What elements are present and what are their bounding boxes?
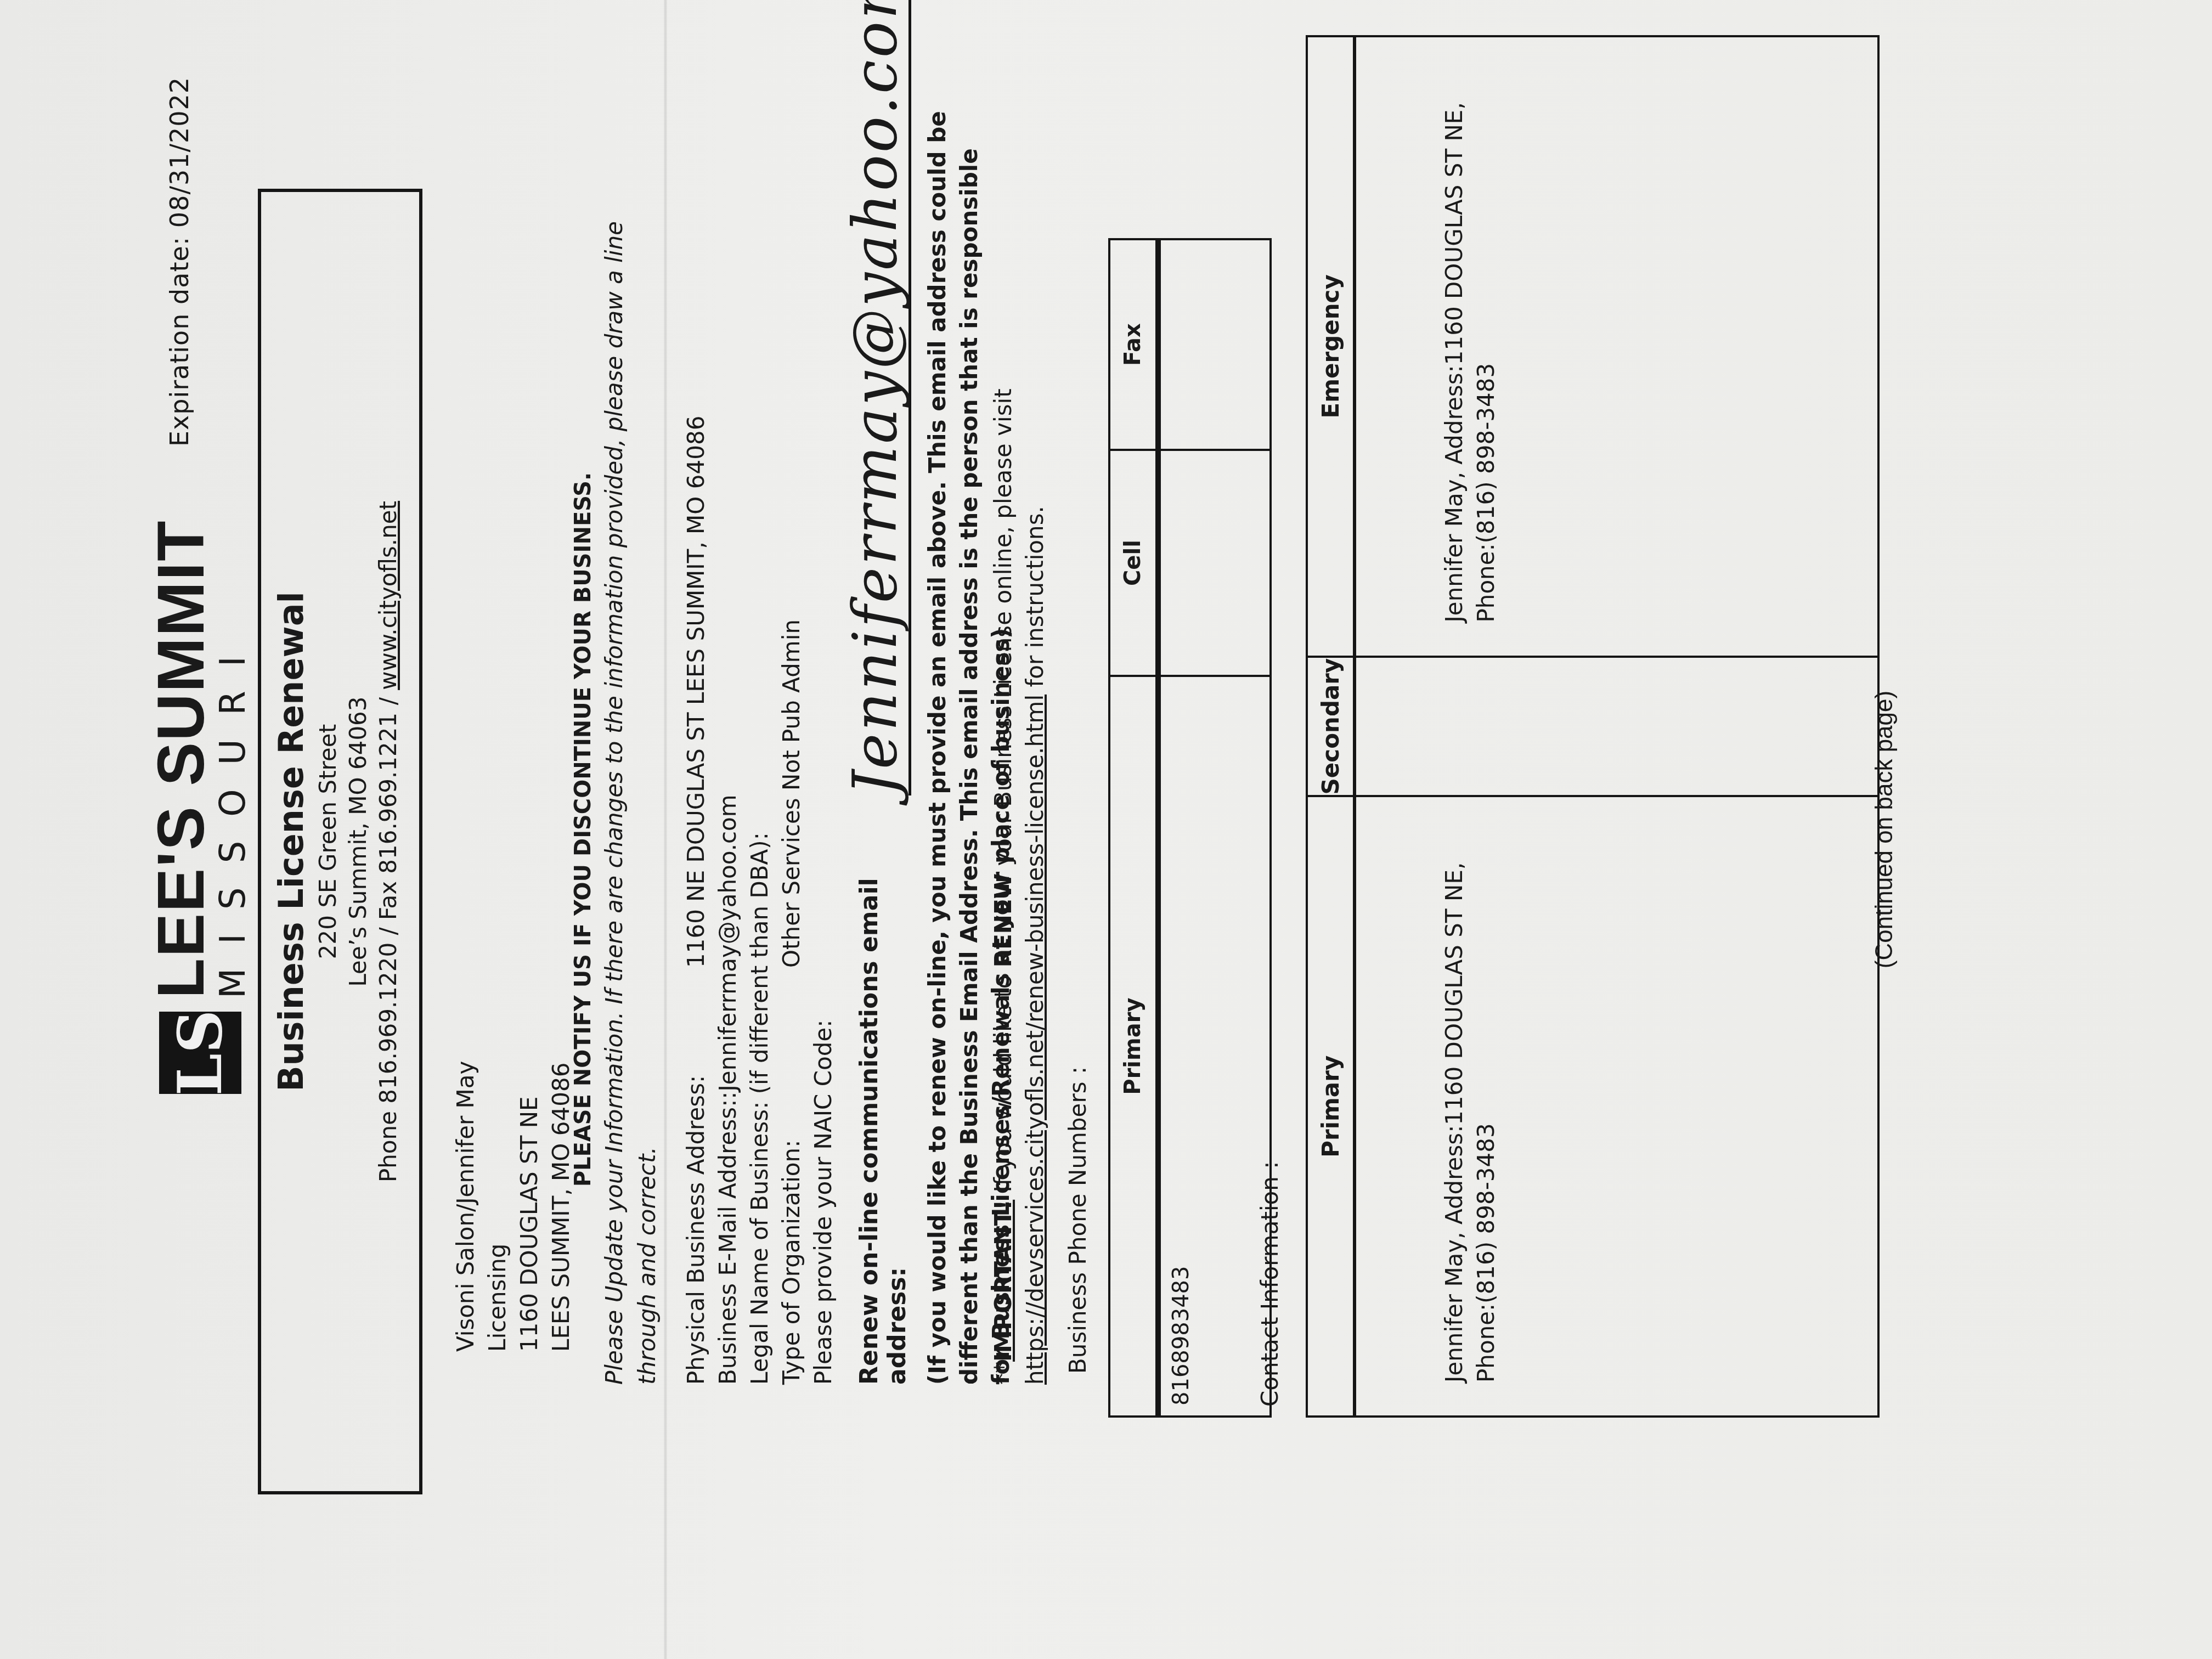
important-text: for instructions. [1022, 506, 1048, 695]
physical-address-value[interactable]: 1160 NE DOUGLAS ST LEES SUMMIT, MO 64086 [680, 416, 712, 968]
important-prefix: ** [990, 1362, 1017, 1385]
info-row-org-type: Type of Organization: Other Services Not… [776, 416, 808, 1385]
document-title: Business License Renewal [271, 192, 311, 1491]
primary-phone-cell[interactable]: 8168983483 [1158, 676, 1271, 1417]
office-street: 220 SE Green Street [314, 192, 341, 1491]
logo-city-name: LEE'S SUMMIT [148, 520, 214, 998]
renew-instructions-link[interactable]: https://devservices.cityofls.net/renew-b… [1022, 695, 1048, 1385]
fax-cell[interactable] [1158, 239, 1271, 450]
office-website-link[interactable]: www.cityofls.net [375, 501, 402, 690]
important-text: your Business License online, please vis… [990, 388, 1017, 873]
renew-word: RENEW [990, 873, 1017, 967]
column-header-emergency: Emergency [1307, 36, 1355, 657]
renew-email-row: Renew on-line communications email addre… [845, 0, 911, 1385]
column-header-secondary: Secondary [1307, 657, 1355, 797]
office-city: Lee’s Summit, MO 64063 [345, 192, 371, 1491]
phone-numbers-table: Primary Cell Fax 8168983483 [1108, 238, 1272, 1418]
primary-contact-cell[interactable]: Jennifer May, Address:1160 DOUGLAS ST NE… [1355, 796, 1878, 1417]
column-header-primary: Primary [1307, 796, 1355, 1417]
logo-state-name: MISSOURI [214, 520, 252, 998]
important-label: IMPORTANT! [990, 1200, 1017, 1362]
contact-info-label: Contact Information : [1256, 1161, 1283, 1407]
secondary-contact-cell[interactable] [1355, 657, 1878, 797]
physical-address-label: Physical Business Address: [680, 968, 712, 1385]
logo-mark-icon: LS [159, 1012, 241, 1094]
renew-email-label: Renew on-line communications email addre… [855, 812, 911, 1385]
update-instructions: Please Update your Information. If there… [598, 132, 664, 1385]
notify-notice: PLEASE NOTIFY US IF YOU DISCONTINUE YOUR… [571, 0, 596, 1659]
cell-phone-cell[interactable] [1158, 450, 1271, 676]
header-box: Business License Renewal 220 SE Green St… [258, 189, 422, 1494]
info-row-email: Business E-Mail Address:: Jenniferrmay@y… [712, 416, 744, 1385]
contact-info-table: Primary Secondary Emergency Jennifer May… [1306, 35, 1880, 1418]
office-phone-fax: Phone 816.969.1220 / Fax 816.969.1221 / [375, 690, 402, 1182]
paper-fold [664, 0, 667, 1659]
email-label: Business E-Mail Address:: [712, 1092, 744, 1385]
info-row-physical-address: Physical Business Address: 1160 NE DOUGL… [680, 416, 712, 1385]
mailing-line: Licensing [482, 1061, 513, 1352]
mailing-address: Visoni Salon/Jennifer May Licensing 1160… [450, 1061, 577, 1352]
column-header-fax: Fax [1109, 239, 1158, 450]
mailing-line: 1160 DOUGLAS ST NE [513, 1061, 545, 1352]
office-contact-line: Phone 816.969.1220 / Fax 816.969.1221 / … [375, 192, 402, 1491]
table-row: 8168983483 [1158, 239, 1271, 1417]
table-row: Jennifer May, Address:1160 DOUGLAS ST NE… [1355, 36, 1878, 1417]
expiration-date: Expiration date: 08/31/2022 [165, 77, 194, 447]
logo-text: LEE'S SUMMIT MISSOURI [148, 520, 252, 998]
org-type-label: Type of Organization: [776, 968, 808, 1385]
city-logo: LS LEE'S SUMMIT MISSOURI [148, 520, 252, 1094]
table-header-row: Primary Secondary Emergency [1307, 36, 1355, 1417]
license-renewal-sheet: Expiration date: 08/31/2022 LS LEE'S SUM… [0, 0, 2212, 1659]
info-row-naic: Please provide your NAIC Code: [808, 416, 839, 1385]
phone-numbers-label: Business Phone Numbers : [1064, 1066, 1091, 1374]
table-header-row: Primary Cell Fax [1109, 239, 1158, 1417]
column-header-cell: Cell [1109, 450, 1158, 676]
mailing-line: Visoni Salon/Jennifer May [450, 1061, 482, 1352]
org-type-value[interactable]: Other Services Not Pub Admin [776, 619, 808, 968]
email-value[interactable]: Jenniferrmay@yahoo.com [712, 794, 744, 1091]
column-header-primary: Primary [1109, 676, 1158, 1417]
naic-label: Please provide your NAIC Code: [808, 968, 839, 1385]
continued-note: (Continued on back page) [1871, 0, 1898, 1659]
info-row-legal-name: Legal Name of Business: (if different th… [744, 416, 776, 1385]
legal-name-label: Legal Name of Business: (if different th… [744, 832, 776, 1385]
important-text: If you would like to [990, 967, 1017, 1200]
important-notice: **IMPORTANT! If you would like to RENEW … [988, 110, 1051, 1385]
emergency-contact-cell[interactable]: Jennifer May, Address:1160 DOUGLAS ST NE… [1355, 36, 1878, 657]
renew-email-field[interactable]: Jenniferrmay@yahoo.com [845, 0, 911, 795]
business-info: Physical Business Address: 1160 NE DOUGL… [680, 416, 839, 1385]
